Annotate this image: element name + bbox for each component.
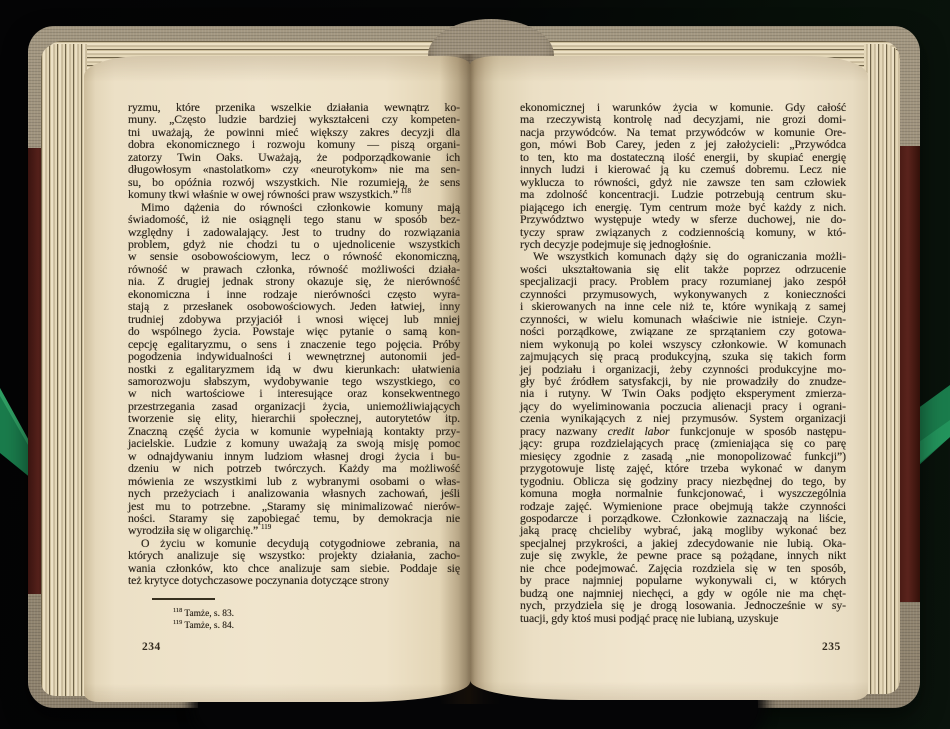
page-edges-left	[41, 44, 87, 696]
text-line: wyrodziła się w oligarchię.” 119	[128, 524, 460, 536]
text-line: świadomość, iż nie osiągnęli tego stanu …	[128, 213, 460, 225]
text-line: długowłosym «nastolatkom» czy «neurotyko…	[128, 163, 460, 175]
text-line: pogodzenia indywidualności i wewnętrznej…	[128, 350, 460, 362]
text-line: gon, mówi Bob Carey, jeden z jej założyc…	[520, 138, 846, 150]
text-line: zuje się zwykle, że pewne prace są pożąd…	[520, 549, 846, 561]
text-line: komuna mogła normalnie funkcjonować, i w…	[520, 487, 846, 499]
right-page-textblock: ekonomicznej i warunków życia w komunie.…	[520, 101, 846, 624]
text-line: tworzenie się elity, hierarchii społeczn…	[128, 412, 460, 424]
text-line: dzeniu w nich potrzeb twórczych. Każdy m…	[128, 462, 460, 474]
text-line: do wspólnego życia. Powstaje więc pytani…	[128, 325, 460, 337]
text-line: których analizuje się wszystko: projekty…	[128, 549, 460, 561]
text-line: jaką pracę chcieliby wybrać, jaką moglib…	[520, 524, 846, 536]
text-line: i skierowanych na inne cele niż te, któr…	[520, 300, 846, 312]
footnote: 119 Tamże, s. 84.	[128, 620, 460, 632]
text-line: nych przeżyciach i analizowania własnych…	[128, 487, 460, 499]
open-book: ryzmu, które przenika wszelkie działania…	[28, 26, 920, 708]
left-page: ryzmu, które przenika wszelkie działania…	[84, 56, 470, 702]
text-line: zajmujących się pracą produkcyjną, szuka…	[520, 350, 846, 362]
footnote-rule	[152, 598, 215, 600]
text-line: specjalizacji pracy. Problem pracy rozum…	[520, 275, 846, 287]
text-line: nych, przydziela się je drogą losowania.…	[520, 599, 846, 611]
text-line: nia i rutyny. W Twin Oaks podjęto eksper…	[520, 387, 846, 399]
left-page-textblock: ryzmu, które przenika wszelkie działania…	[128, 101, 460, 632]
text-line: jący: grupa rozdzielających pracę (zmien…	[520, 437, 846, 449]
text-line: nia. Z drugiej jednak strony okazuje się…	[128, 275, 460, 287]
book-photo-scene: ryzmu, które przenika wszelkie działania…	[0, 0, 950, 729]
text-line: Przywództwo występuje wtedy w sferze duc…	[520, 213, 846, 225]
text-line: dobra ekonomicznego i rozwoju komuny — p…	[128, 138, 460, 150]
page-edges-right	[864, 44, 900, 694]
text-line: innych ludzi i kierować ją ku czemuś dob…	[520, 163, 846, 175]
text-line: też krytyce dotychczasowe poczynania dot…	[128, 574, 460, 586]
text-line: ności porządkowe, związane ze sprzątanie…	[520, 325, 846, 337]
text-line: tuacji, gdy ktoś musi podjąć pracę nie l…	[520, 612, 846, 624]
text-line: w nich wartościowe i interesujące oraz k…	[128, 387, 460, 399]
text-line: stają z przesłanek osobowościowych. Jede…	[128, 300, 460, 312]
right-page: ekonomicznej i warunków życia w komunie.…	[470, 56, 868, 700]
text-line: czenia wynikających z niej przymusów. Sy…	[520, 412, 846, 424]
text-line: komuny tkwi właśnie w owej równości praw…	[128, 188, 460, 200]
text-line: ma zdolność koncentracji. Ludzie potrzeb…	[520, 188, 846, 200]
text-line: przygotowuje listę zajęć, które trzeba w…	[520, 462, 846, 474]
text-line: by prace najmniej popularne wykonywali c…	[520, 574, 846, 586]
text-line: jacielskie. Ludzie z komuny uważają za s…	[128, 437, 460, 449]
right-page-number: 235	[822, 641, 841, 653]
left-page-number: 234	[142, 641, 161, 653]
